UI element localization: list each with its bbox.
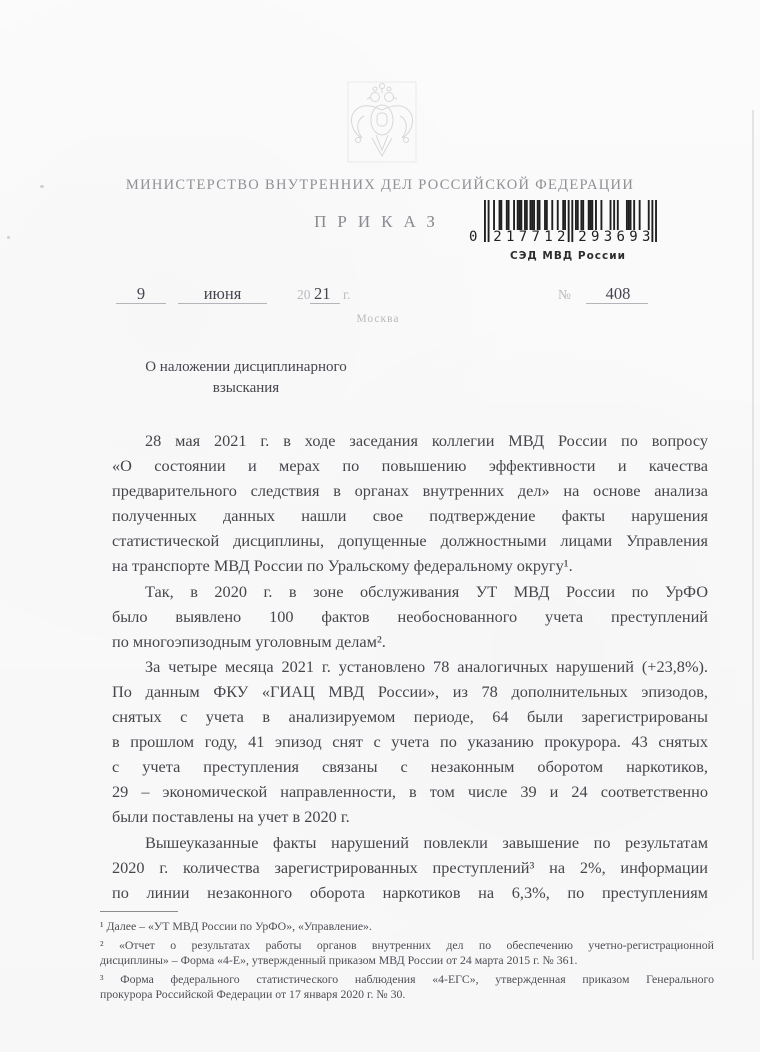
date-month-value: июня bbox=[180, 284, 265, 304]
barcode-digits-right: 293693 bbox=[574, 229, 651, 245]
text-line: было выявлено 100 фактов необоснованного… bbox=[112, 604, 708, 629]
date-year-suffix: г. bbox=[343, 287, 350, 303]
date-year-value: 21 bbox=[314, 284, 331, 304]
footnote: ³ Форма федерального статистического наб… bbox=[100, 972, 714, 1003]
paragraph: За четыре месяца 2021 г. установлено 78 … bbox=[112, 654, 708, 830]
text-line: 2020 г. количества зарегистрированных пр… bbox=[112, 855, 708, 880]
text-line: полученных данных нашли свое подтвержден… bbox=[112, 503, 708, 528]
paragraph: Так, в 2020 г. в зоне обслуживания УТ МВ… bbox=[112, 579, 708, 654]
paragraph: Вышеуказанные факты нарушений повлекли з… bbox=[112, 830, 708, 905]
document-title-line1: О наложении дисциплинарного bbox=[145, 359, 347, 375]
order-number-value: 408 bbox=[590, 284, 646, 304]
day-blank-underline bbox=[116, 303, 166, 304]
date-day-value: 9 bbox=[118, 284, 164, 304]
text-line: ² «Отчет о результатах работы органов вн… bbox=[100, 938, 714, 954]
text-line: по многоэпизодным уголовным делам². bbox=[112, 629, 708, 654]
text-line: Вышеуказанные факты нарушений повлекли з… bbox=[112, 830, 708, 855]
text-line: с учета преступления связаны с незаконны… bbox=[112, 754, 708, 779]
text-line: Так, в 2020 г. в зоне обслуживания УТ МВ… bbox=[112, 579, 708, 604]
text-line: «О состоянии и мерах по повышению эффект… bbox=[112, 453, 708, 478]
document-page: МИНИСТЕРСТВО ВНУТРЕННИХ ДЕЛ РОССИЙСКОЙ Ф… bbox=[0, 0, 760, 1052]
text-line: предварительного следствия в органах вну… bbox=[112, 478, 708, 503]
scan-edge-artifact bbox=[752, 110, 754, 960]
barcode-label: СЭД МВД России bbox=[478, 250, 658, 262]
month-blank-underline bbox=[178, 303, 267, 304]
number-sign: № bbox=[558, 287, 571, 303]
year-blank-underline bbox=[310, 303, 340, 304]
text-line: статистической дисциплины, допущенные до… bbox=[112, 528, 708, 553]
barcode: 0 217712 293693 СЭД МВД России bbox=[468, 196, 668, 268]
body-paragraphs: 28 мая 2021 г. в ходе заседания коллегии… bbox=[112, 428, 708, 905]
footnote: ² «Отчет о результатах работы органов вн… bbox=[100, 938, 714, 969]
number-blank-underline bbox=[586, 303, 648, 304]
text-line: ³ Форма федерального статистического наб… bbox=[100, 972, 714, 988]
barcode-digits-left: 217712 bbox=[489, 229, 566, 245]
footnote: ¹ Далее – «УТ МВД России по УрФО», «Упра… bbox=[100, 919, 714, 935]
text-line: дисциплины» – Форма «4-Е», утвержденный … bbox=[100, 953, 714, 969]
text-line: на транспорте МВД России по Уральскому ф… bbox=[112, 553, 708, 578]
russia-coat-of-arms-icon bbox=[342, 80, 422, 172]
city-label: Москва bbox=[338, 313, 418, 325]
text-line: в прошлом году, 41 эпизод снят с учета п… bbox=[112, 729, 708, 754]
text-line: по линии незаконного оборота наркотиков … bbox=[112, 880, 708, 905]
footnote-divider bbox=[100, 911, 178, 912]
scan-speck bbox=[7, 236, 10, 239]
date-year-prefix: 20 bbox=[297, 287, 311, 303]
document-title-line2: взыскания bbox=[213, 380, 279, 396]
text-line: ¹ Далее – «УТ МВД России по УрФО», «Упра… bbox=[100, 919, 714, 935]
footnotes: ¹ Далее – «УТ МВД России по УрФО», «Упра… bbox=[100, 919, 714, 1006]
barcode-lead-digit: 0 bbox=[469, 229, 477, 245]
text-line: снятых с учета в анализируемом периоде, … bbox=[112, 704, 708, 729]
paragraph: 28 мая 2021 г. в ходе заседания коллегии… bbox=[112, 428, 708, 579]
text-line: были поставлены на учет в 2020 г. bbox=[112, 804, 708, 829]
text-line: За четыре месяца 2021 г. установлено 78 … bbox=[112, 654, 708, 679]
ministry-header: МИНИСТЕРСТВО ВНУТРЕННИХ ДЕЛ РОССИЙСКОЙ Ф… bbox=[0, 177, 760, 194]
document-title: О наложении дисциплинарного взыскания bbox=[143, 357, 349, 399]
text-line: прокурора Российской Федерации от 17 янв… bbox=[100, 987, 714, 1003]
text-line: 28 мая 2021 г. в ходе заседания коллегии… bbox=[112, 428, 708, 453]
text-line: 29 – экономической направленности, в том… bbox=[112, 779, 708, 804]
text-line: По данным ФКУ «ГИАЦ МВД России», из 78 д… bbox=[112, 679, 708, 704]
